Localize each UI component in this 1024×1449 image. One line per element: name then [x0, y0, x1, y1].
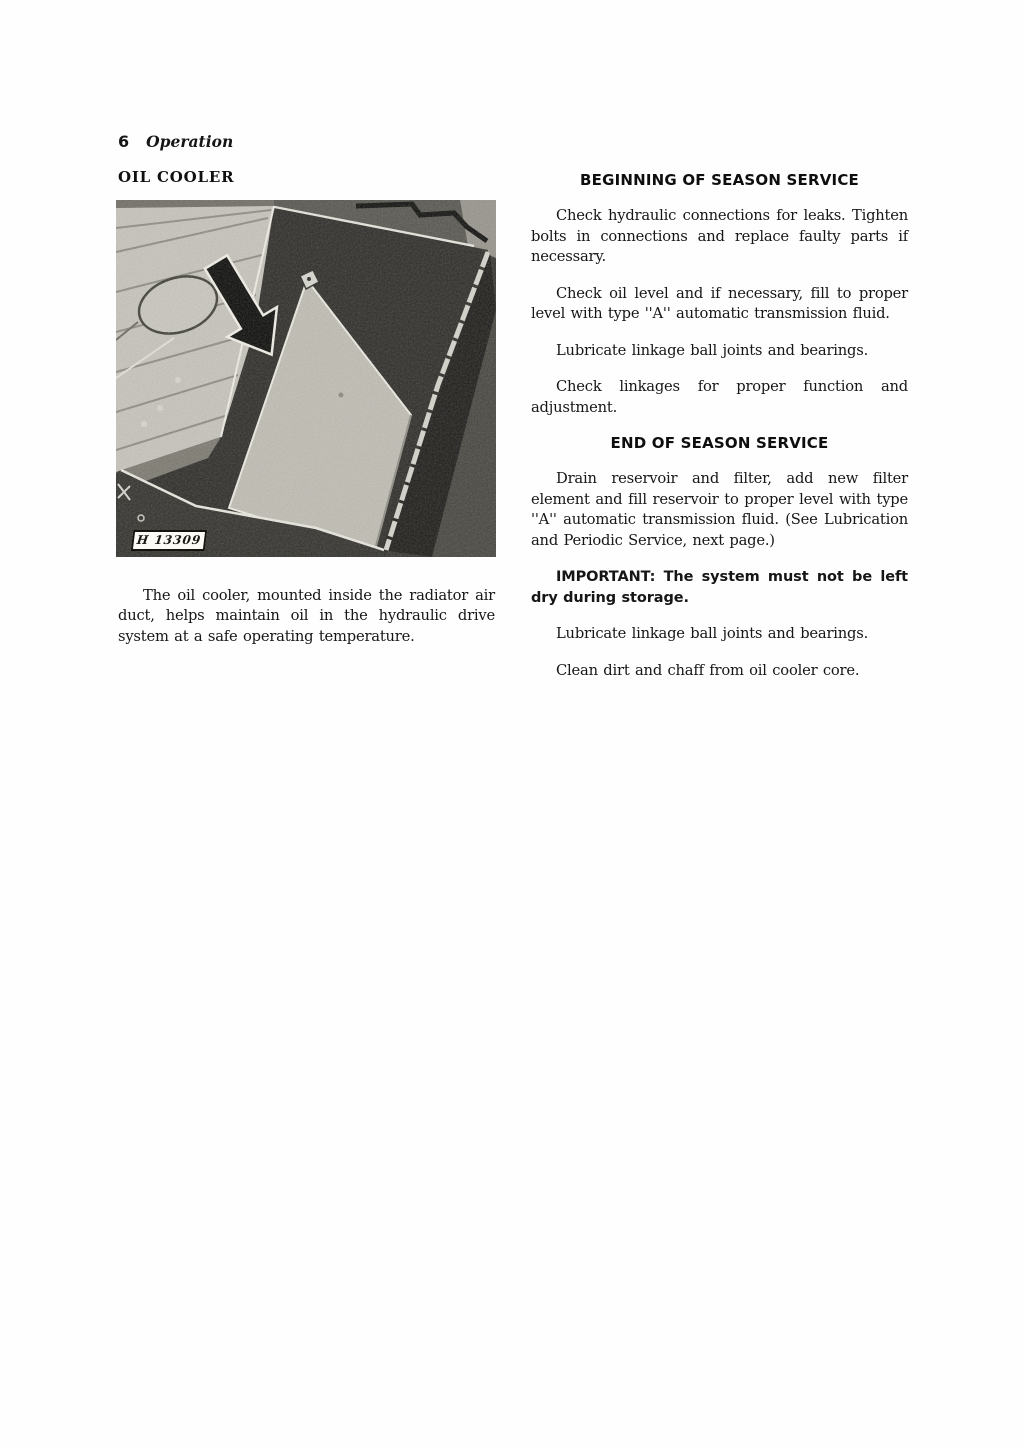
page-header: 6Operation — [118, 132, 233, 151]
oil-cooler-photo-illustration — [116, 200, 496, 557]
paragraph-check-oil-level: Check oil level and if necessary, fill t… — [531, 284, 908, 325]
page-number: 6 — [118, 132, 129, 151]
photo-caption: The oil cooler, mounted inside the radia… — [118, 586, 495, 647]
service-column: BEGINNING OF SEASON SERVICE Check hydrau… — [531, 171, 908, 697]
paragraph-check-linkages: Check linkages for proper function and a… — [531, 377, 908, 418]
paragraph-lubricate-linkage-1: Lubricate linkage ball joints and bearin… — [531, 341, 908, 362]
important-note: IMPORTANT: The system must not be left d… — [531, 567, 908, 608]
paragraph-check-hydraulic: Check hydraulic connections for leaks. T… — [531, 206, 908, 268]
end-of-season-heading: END OF SEASON SERVICE — [531, 434, 908, 452]
oil-cooler-heading: OIL COOLER — [118, 168, 234, 186]
manual-page: 6Operation OIL COOLER — [0, 0, 1024, 1449]
oil-cooler-photo: H 13309 — [116, 200, 496, 557]
paragraph-clean-dirt: Clean dirt and chaff from oil cooler cor… — [531, 661, 908, 682]
paragraph-lubricate-linkage-2: Lubricate linkage ball joints and bearin… — [531, 624, 908, 645]
photo-id-label: H 13309 — [131, 530, 208, 551]
section-title: Operation — [146, 132, 233, 151]
beginning-of-season-heading: BEGINNING OF SEASON SERVICE — [531, 171, 908, 189]
paragraph-drain-reservoir: Drain reservoir and filter, add new filt… — [531, 469, 908, 551]
photo-shapes — [116, 200, 496, 557]
